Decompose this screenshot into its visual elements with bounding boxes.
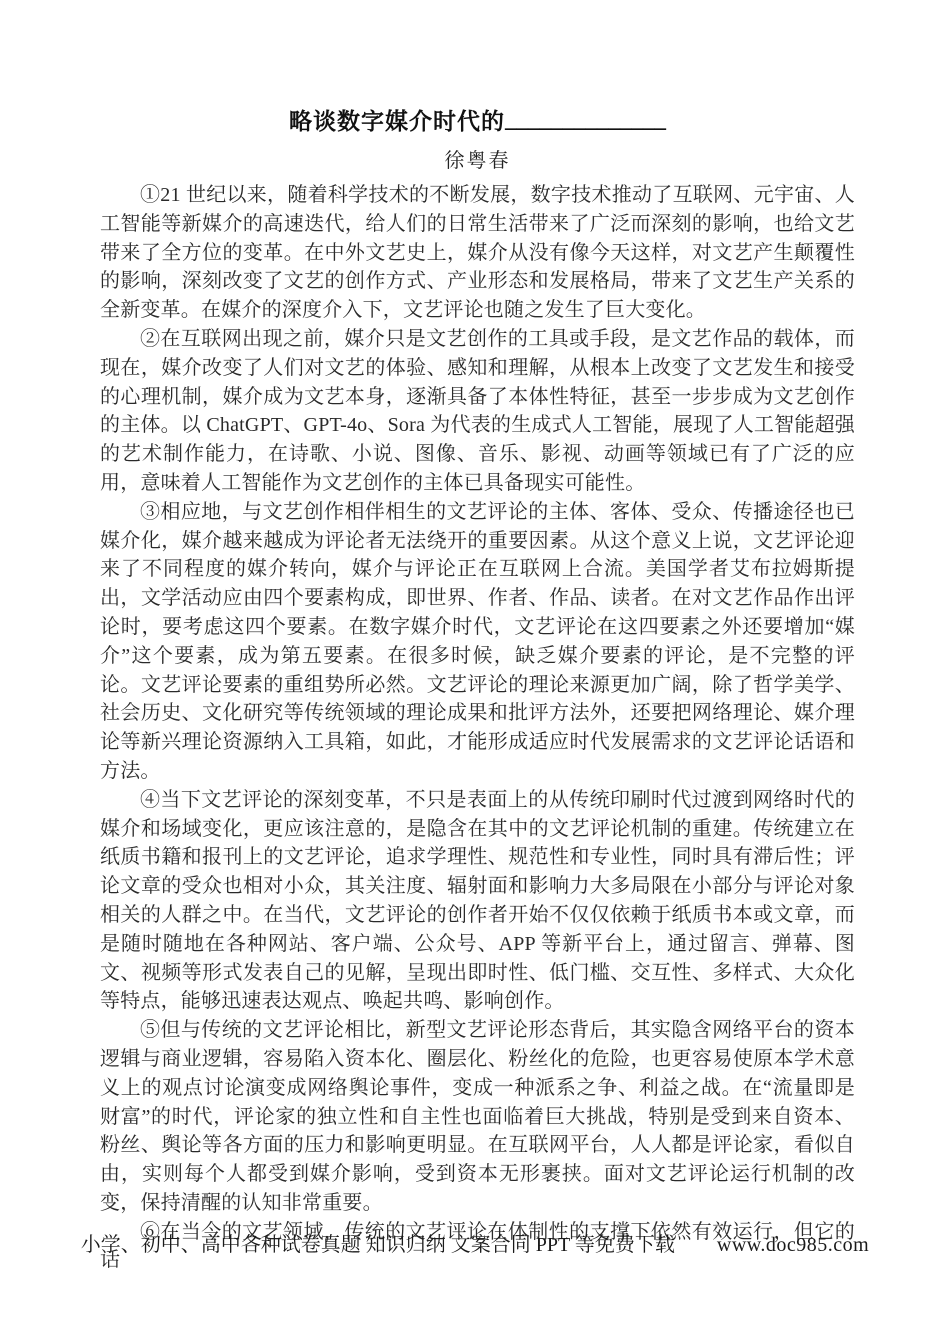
paragraph-2: ②在互联网出现之前，媒介只是文艺创作的工具或手段，是文艺作品的载体，而现在，媒介… [100, 325, 855, 498]
page-title-text: 略谈数字媒介时代的 [289, 109, 505, 134]
author-name: 徐粤春 [100, 144, 855, 173]
page-footer: 小学、初中、高中各种试卷真题 知识归纳 文案合同 PPT 等免费下载www.do… [0, 1228, 950, 1257]
title-blank-underline: ______________ [505, 104, 666, 136]
paragraph-5: ⑤但与传统的文艺评论相比，新型文艺评论形态背后，其实隐含网络平台的资本逻辑与商业… [100, 1016, 855, 1218]
paragraph-4: ④当下文艺评论的深刻变革，不只是表面上的从传统印刷时代过渡到网络时代的媒介和场域… [100, 786, 855, 1016]
page-title: 略谈数字媒介时代的______________ [100, 106, 855, 138]
paragraph-1: ①21 世纪以来，随着科学技术的不断发展，数字技术推动了互联网、元宇宙、人工智能… [100, 181, 855, 325]
footer-site-url: www.doc985.com [717, 1234, 869, 1256]
footer-download-text: 小学、初中、高中各种试卷真题 知识归纳 文案合同 PPT 等免费下载 [81, 1234, 675, 1256]
document-page: 略谈数字媒介时代的______________ 徐粤春 ①21 世纪以来，随着科… [0, 0, 950, 1342]
article-body: ①21 世纪以来，随着科学技术的不断发展，数字技术推动了互联网、元宇宙、人工智能… [100, 181, 855, 1275]
paragraph-3: ③相应地，与文艺创作相伴相生的文艺评论的主体、客体、受众、传播途径也已媒介化，媒… [100, 498, 855, 786]
